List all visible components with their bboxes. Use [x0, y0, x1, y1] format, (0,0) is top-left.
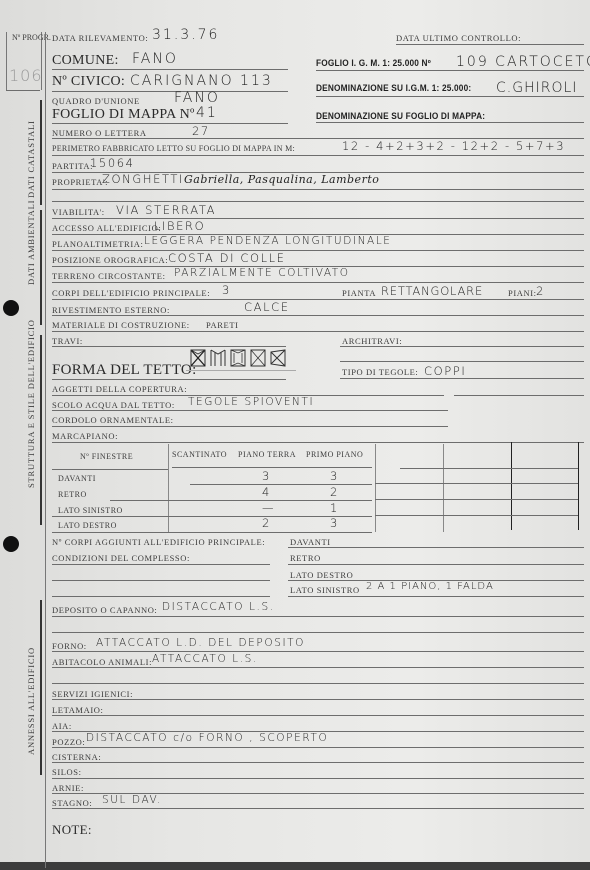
- table-header-finestre: Nº FINESTRE: [80, 452, 133, 461]
- table-col-divider: [375, 444, 376, 532]
- table-header-scantinato: SCANTINATO: [172, 450, 227, 459]
- table-row-label: RETRO: [58, 490, 87, 499]
- field-line: [340, 378, 584, 379]
- table-row-label: DAVANTI: [58, 474, 96, 483]
- roof-type-1-icon: [190, 348, 206, 368]
- field-line: [52, 442, 584, 443]
- foglio-mappa-label: FOGLIO DI MAPPA Nº: [52, 107, 195, 123]
- lato-destro-label: LATO DESTRO: [290, 570, 353, 580]
- pozzo-label: POZZO:: [52, 737, 85, 747]
- stagno-value: SUL DAV.: [102, 794, 162, 806]
- table-line: [375, 499, 578, 500]
- side-tab-struttura: STRUTTURA E STILE DELL'EDIFICIO: [26, 319, 36, 488]
- field-line: [288, 596, 584, 597]
- table-line: [172, 467, 372, 468]
- table-header-primo-piano: PRIMO PIANO: [306, 450, 363, 459]
- pareti-label: PARETI: [206, 320, 239, 330]
- rivestimento-label: RIVESTIMENTO ESTERNO:: [52, 305, 170, 315]
- field-line: [52, 189, 584, 190]
- piani-label: PIANI:: [508, 288, 537, 298]
- corpi-aggiunti-label: Nº CORPI AGGIUNTI ALL'EDIFICIO PRINCIPAL…: [52, 537, 265, 547]
- punch-hole: [3, 300, 19, 316]
- note-label: NOTE:: [52, 822, 92, 838]
- field-line: [52, 426, 448, 427]
- marcapiano-label: MARCAPIANO:: [52, 431, 118, 441]
- accesso-label: ACCESSO ALL'EDIFICIO:: [52, 223, 161, 233]
- field-line: [288, 547, 584, 548]
- table-col-divider: [168, 444, 169, 532]
- deposito-value: DISTACCATO L.S.: [162, 601, 275, 613]
- arnie-label: ARNIE:: [52, 783, 84, 793]
- bracket: [40, 210, 42, 325]
- perimetro-value: 12 - 4+2+3+2 - 12+2 - 5+7+3: [342, 139, 565, 153]
- corpi-label: CORPI DELL'EDIFICIO PRINCIPALE:: [52, 288, 210, 298]
- forno-label: FORNO:: [52, 641, 87, 651]
- scolo-value: TEGOLE SPIOVENTI: [188, 396, 314, 408]
- proprieta-surname: ZONGHETTI: [102, 172, 184, 186]
- retro-label: RETRO: [290, 553, 321, 563]
- n-progr-value: 106: [9, 66, 43, 85]
- servizi-label: SERVIZI IGIENICI:: [52, 689, 133, 699]
- table-cell: —: [262, 501, 275, 515]
- field-line: [52, 747, 584, 748]
- field-line: [52, 123, 288, 124]
- terreno-label: TERRENO CIRCOSTANTE:: [52, 271, 166, 281]
- table-header-piano-terra: PIANO TERRA: [238, 450, 296, 459]
- civico-label: Nº CIVICO:: [52, 74, 125, 90]
- foglio-mappa-value: 41: [196, 105, 218, 121]
- field-line: [52, 580, 270, 581]
- field-line: [52, 315, 584, 316]
- field-line: [52, 667, 584, 668]
- rivestimento-value: CALCE: [244, 300, 290, 314]
- table-row-label: LATO SINISTRO: [58, 506, 123, 515]
- punch-hole: [3, 536, 19, 552]
- denom-mappa-label: DENOMINAZIONE SU FOGLIO DI MAPPA:: [316, 111, 485, 121]
- viabilita-value: VIA STERRATA: [116, 203, 216, 217]
- field-line: [316, 96, 584, 97]
- cisterna-label: CISTERNA:: [52, 752, 101, 762]
- architravi-label: ARCHITRAVI:: [342, 336, 402, 346]
- piani-value: 2: [536, 284, 545, 298]
- field-line: [52, 410, 448, 411]
- proprieta-names: Gabriella, Pasqualina, Lamberto: [184, 173, 379, 186]
- table-cell: 2: [330, 485, 339, 499]
- numero-label: NUMERO o LETTERA: [52, 128, 147, 138]
- roof-type-3-icon: [230, 348, 246, 368]
- field-line: [52, 250, 584, 251]
- field-line: [288, 564, 584, 565]
- field-line: [52, 616, 584, 617]
- quadro-value: FANO: [174, 90, 220, 106]
- comune-value: FANO: [132, 51, 178, 67]
- field-line: [52, 715, 584, 716]
- table-line: [375, 515, 578, 516]
- quadro-label: QUADRO D'UNIONE: [52, 96, 140, 106]
- denom-igm-label: DENOMINAZIONE SU I.G.M. 1: 25.000:: [316, 83, 471, 93]
- forma-tetto-label: FORMA DEL TETTO:: [52, 362, 197, 379]
- field-line: [396, 44, 584, 45]
- data-rilevamento-label: DATA RILEVAMENTO:: [52, 33, 148, 43]
- field-line: [52, 632, 584, 633]
- side-tab-catastali: DATI CATASTALI: [26, 120, 36, 198]
- field-line: [52, 299, 584, 300]
- table-cell: 1: [330, 501, 339, 515]
- field-line: [52, 69, 288, 70]
- partita-value: 15064: [90, 156, 135, 170]
- condizioni-label: CONDIZIONI DEL COMPLESSO:: [52, 553, 190, 563]
- field-line: [52, 201, 584, 202]
- roof-type-2-icon: [210, 348, 226, 368]
- cordolo-label: CORDOLO ORNAMENTALE:: [52, 415, 174, 425]
- civico-value: CARIGNANO 113: [130, 73, 273, 89]
- posizione-label: POSIZIONE OROGRAFICA:: [52, 255, 168, 265]
- table-line: [52, 516, 372, 517]
- abitacolo-label: ABITACOLO ANIMALI:: [52, 657, 152, 667]
- travi-label: TRAVI:: [52, 336, 83, 346]
- tipo-tegole-label: TIPO DI TEGOLE:: [342, 367, 418, 377]
- bracket: [40, 335, 42, 525]
- table-line: [375, 483, 578, 484]
- materiale-label: MATERIALE DI COSTRUZIONE:: [52, 320, 190, 330]
- field-line: [340, 346, 584, 347]
- posizione-value: COSTA DI COLLE: [168, 251, 286, 265]
- planoaltimetria-label: PLANOALTIMETRIA:: [52, 239, 143, 249]
- table-cell: 2: [262, 516, 271, 530]
- pozzo-value: DISTACCATO c/o FORNO , SCOPERTO: [86, 732, 328, 744]
- field-line: [52, 683, 584, 684]
- partita-label: PARTITA:: [52, 161, 93, 171]
- foglio-igm-label: FOGLIO I. G. M. 1: 25.000 Nº: [316, 58, 431, 68]
- field-line: [52, 699, 584, 700]
- numero-value: 27: [192, 124, 210, 138]
- table-cell: 3: [330, 469, 339, 483]
- table-col-divider: [511, 442, 512, 530]
- pianta-value: RETTANGOLARE: [381, 284, 483, 298]
- roof-type-5-icon: [270, 348, 286, 368]
- pianta-label: PIANTA: [342, 288, 376, 298]
- divider: [6, 90, 40, 91]
- field-line: [52, 808, 584, 809]
- corpi-value: 3: [222, 283, 231, 297]
- field-line: [340, 361, 584, 362]
- table-line: [190, 484, 372, 485]
- aggetti-label: AGGETTI DELLA COPERTURA:: [52, 384, 187, 394]
- table-line: [52, 532, 372, 533]
- table-line: [400, 468, 578, 469]
- roof-type-4-icon: [250, 348, 266, 368]
- terreno-value: PARZIALMENTE COLTIVATO: [174, 267, 350, 279]
- field-line: [52, 331, 584, 332]
- field-line: [186, 370, 296, 371]
- data-ultimo-controllo-label: DATA ULTIMO CONTROLLO:: [396, 33, 521, 43]
- denom-igm-value: C.GHIROLI: [496, 80, 577, 96]
- tipo-tegole-value: COPPI: [424, 364, 466, 378]
- planoaltimetria-value: LEGGERA PENDENZA LONGITUDINALE: [144, 235, 392, 247]
- stagno-label: STAGNO:: [52, 798, 92, 808]
- table-row-label: LATO DESTRO: [58, 521, 117, 530]
- table-line: [52, 469, 168, 470]
- forno-value: ATTACCATO L.D. DEL DEPOSITO: [96, 637, 305, 649]
- lato-sinistro-value: 2 A 1 PIANO, 1 FALDA: [366, 581, 494, 592]
- field-line: [52, 778, 584, 779]
- field-line: [454, 395, 584, 396]
- scolo-label: SCOLO ACQUA DAL TETTO:: [52, 400, 175, 410]
- proprieta-label: PROPRIETA':: [52, 177, 108, 187]
- field-line: [52, 564, 270, 565]
- lato-sinistro-label: LATO SINISTRO: [290, 585, 360, 595]
- comune-label: COMUNE:: [52, 53, 119, 69]
- abitacolo-value: ATTACCATO L.S.: [152, 653, 258, 665]
- field-line: [52, 762, 584, 763]
- table-col-divider: [443, 444, 444, 532]
- foglio-igm-value: 109 CARTOCETO: [456, 54, 590, 70]
- bracket: [40, 100, 42, 205]
- scan-bottom-edge: [0, 862, 590, 870]
- table-cell: 4: [262, 485, 271, 499]
- side-tab-annessi: ANNESSI ALL'EDIFICIO: [26, 647, 36, 755]
- field-line: [52, 346, 286, 347]
- field-line: [316, 122, 584, 123]
- field-line: [52, 596, 270, 597]
- bracket: [40, 600, 42, 775]
- perimetro-label: PERIMETRO FABBRICATO LETTO SU FOGLIO DI …: [52, 144, 295, 153]
- table-cell: 3: [330, 516, 339, 530]
- field-line: [52, 651, 584, 652]
- margin-rule: [45, 32, 46, 868]
- table-col-divider: [578, 442, 579, 530]
- deposito-label: DEPOSITO o CAPANNO:: [52, 605, 157, 615]
- field-line: [316, 70, 584, 71]
- field-line: [52, 379, 286, 380]
- davanti-label: DAVANTI: [290, 537, 331, 547]
- aia-label: AIA:: [52, 721, 72, 731]
- table-cell: 3: [262, 469, 271, 483]
- accesso-value: LIBERO: [154, 219, 205, 233]
- letamaio-label: LETAMAIO:: [52, 705, 103, 715]
- silos-label: SILOS:: [52, 767, 82, 777]
- field-line: [52, 218, 584, 219]
- field-line: [52, 91, 288, 92]
- viabilita-label: VIABILITA':: [52, 207, 105, 217]
- side-tab-ambientali: DATI AMBIENTALI: [26, 200, 36, 285]
- data-rilevamento-value: 31.3.76: [152, 27, 219, 43]
- field-line: [52, 282, 584, 283]
